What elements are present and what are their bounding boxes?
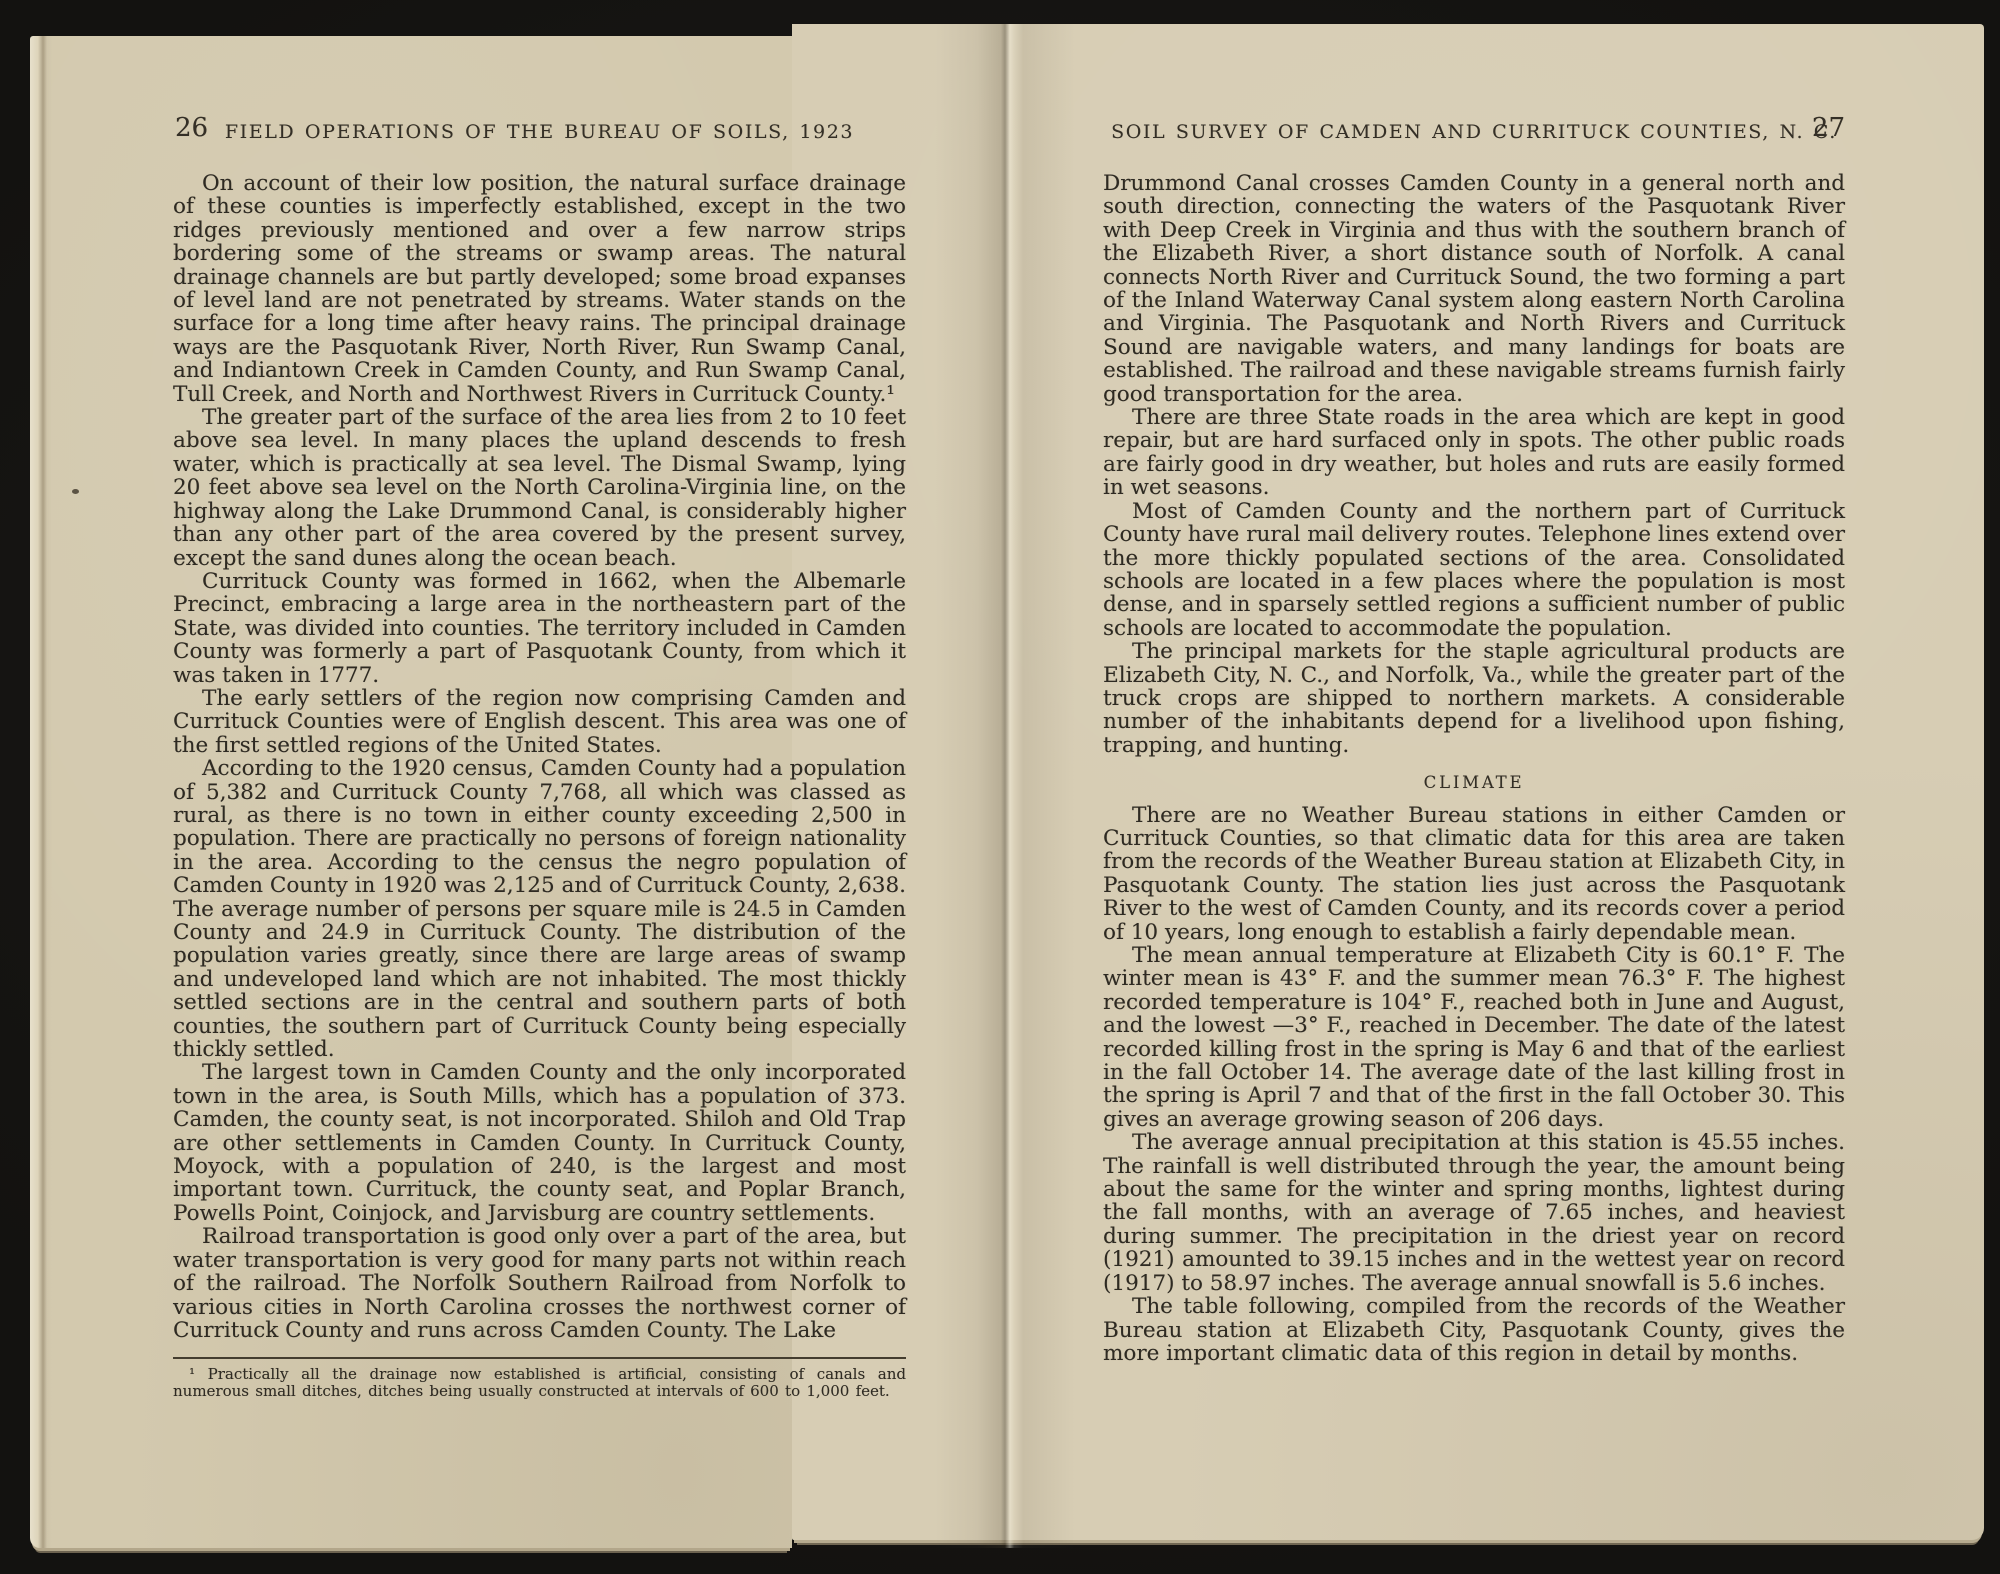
right-body-text: Drummond Canal crosses Camden County in … bbox=[1103, 172, 1845, 1365]
paragraph: The average annual precipitation at this… bbox=[1103, 1131, 1845, 1295]
paragraph: The greater part of the surface of the a… bbox=[173, 406, 906, 570]
page-number-right: 27 bbox=[1812, 113, 1845, 143]
right-running-head: SOIL SURVEY OF CAMDEN AND CURRITUCK COUN… bbox=[1103, 116, 1845, 152]
left-body-text: On account of their low position, the na… bbox=[173, 172, 906, 1400]
paragraph: There are three State roads in the area … bbox=[1103, 406, 1845, 500]
paragraph: Currituck County was formed in 1662, whe… bbox=[173, 570, 906, 687]
right-page-content: SOIL SURVEY OF CAMDEN AND CURRITUCK COUN… bbox=[1103, 116, 1845, 1365]
paragraph: The largest town in Camden County and th… bbox=[173, 1061, 906, 1225]
paragraph: Railroad transportation is good only ove… bbox=[173, 1225, 906, 1342]
open-book-photo: 26 FIELD OPERATIONS OF THE BUREAU OF SOI… bbox=[0, 0, 2000, 1574]
paragraph: Drummond Canal crosses Camden County in … bbox=[1103, 172, 1845, 406]
footnote-text: ¹ Practically all the drainage now estab… bbox=[173, 1366, 906, 1400]
left-running-title: FIELD OPERATIONS OF THE BUREAU OF SOILS,… bbox=[173, 116, 906, 143]
right-running-title: SOIL SURVEY OF CAMDEN AND CURRITUCK COUN… bbox=[1103, 116, 1845, 143]
paragraph: The mean annual temperature at Elizabeth… bbox=[1103, 944, 1845, 1131]
section-heading-climate: CLIMATE bbox=[1103, 771, 1845, 794]
page-number-left: 26 bbox=[175, 113, 208, 143]
paragraph: There are no Weather Bureau stations in … bbox=[1103, 804, 1845, 944]
paragraph: Most of Camden County and the northern p… bbox=[1103, 500, 1845, 640]
footnote-block: ¹ Practically all the drainage now estab… bbox=[173, 1357, 906, 1400]
paragraph: According to the 1920 census, Camden Cou… bbox=[173, 757, 906, 1061]
left-page-content: 26 FIELD OPERATIONS OF THE BUREAU OF SOI… bbox=[173, 116, 906, 1400]
paragraph: The principal markets for the staple agr… bbox=[1103, 640, 1845, 757]
left-running-head: 26 FIELD OPERATIONS OF THE BUREAU OF SOI… bbox=[173, 116, 906, 152]
paper-speck bbox=[72, 489, 79, 494]
paragraph: The early settlers of the region now com… bbox=[173, 687, 906, 757]
paragraph: The table following, compiled from the r… bbox=[1103, 1295, 1845, 1365]
paragraph: On account of their low position, the na… bbox=[173, 172, 906, 406]
